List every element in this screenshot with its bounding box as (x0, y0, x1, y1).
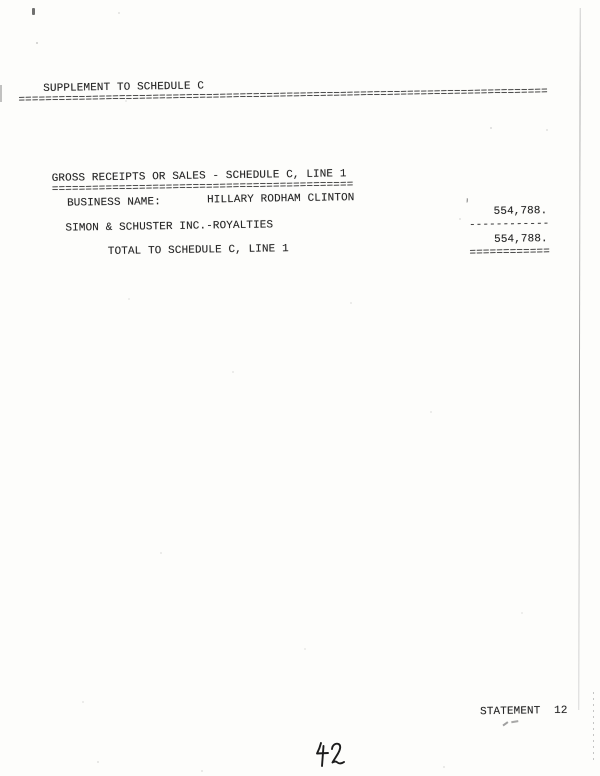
total-amount: 554,788. (494, 233, 548, 247)
subtotal-rule: ------------ (469, 218, 550, 232)
line-item-description: SIMON & SCHUSTER INC.-ROYALTIES (65, 219, 273, 235)
statement-label: STATEMENT (480, 705, 541, 719)
pen-jot (511, 720, 518, 723)
business-name-value: HILLARY RODHAM CLINTON (207, 192, 355, 207)
business-name-label: BUSINESS NAME: (67, 196, 161, 210)
line-item-amount: 554,788. (494, 205, 548, 219)
total-rule: ============ (469, 246, 550, 260)
handwritten-42-drawing (312, 740, 350, 772)
handwritten-page-number (312, 740, 350, 772)
pen-jot (502, 721, 508, 726)
scanned-document-page: SUPPLEMENT TO SCHEDULE C ===============… (0, 0, 600, 776)
statement-number: 12 (554, 705, 568, 718)
pen-tick-mark: ' (464, 198, 471, 211)
document-sheet: SUPPLEMENT TO SCHEDULE C ===============… (0, 0, 600, 776)
total-label: TOTAL TO SCHEDULE C, LINE 1 (108, 243, 289, 259)
